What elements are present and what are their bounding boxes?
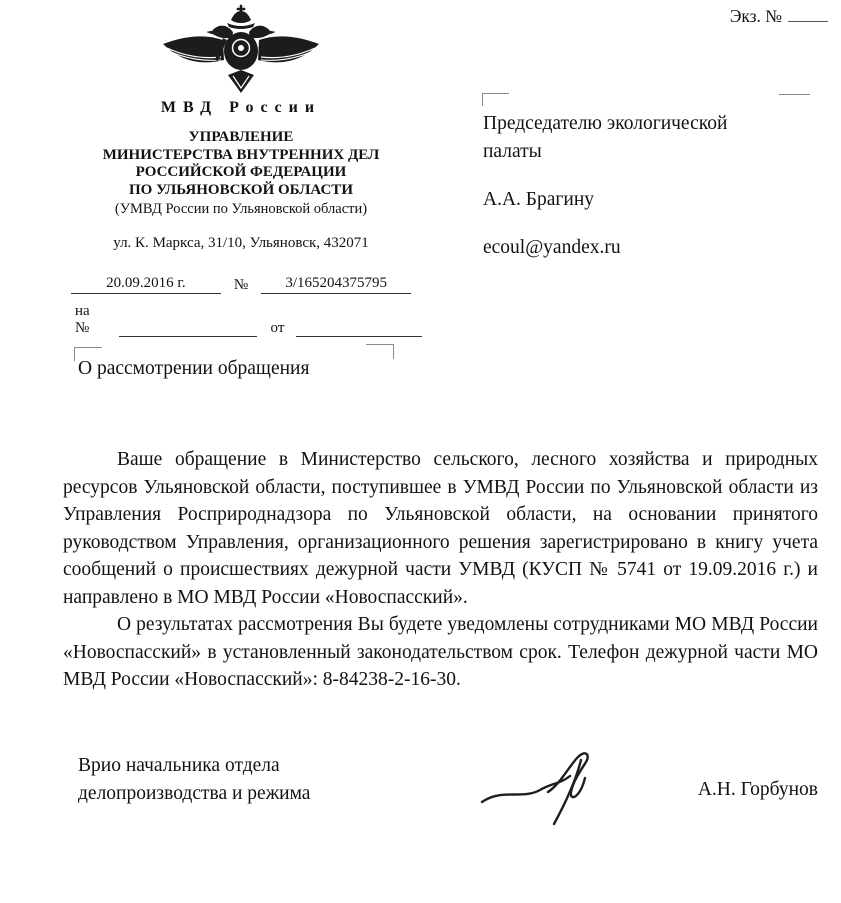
handwritten-signature (478, 744, 628, 832)
outgoing-date-number-row: 20.09.2016 г. № 3/165204375795 (60, 275, 422, 294)
org-line-4: ПО УЛЬЯНОВСКОЙ ОБЛАСТИ (60, 182, 422, 200)
scanned-letter-page: Экз. № (0, 0, 841, 903)
outgoing-number: 3/165204375795 (261, 275, 411, 294)
outgoing-date: 20.09.2016 г. (71, 275, 221, 294)
body-paragraph-1: Ваше обращение в Министерство сельского,… (63, 446, 818, 611)
ministry-name: МВД России (60, 99, 422, 117)
organization-address: ул. К. Маркса, 31/10, Ульяновск, 432071 (60, 235, 422, 252)
mvd-eagle-emblem-icon (161, 4, 321, 94)
subject-corner-mark-right (366, 344, 394, 359)
recipient-corner-mark-right (779, 94, 810, 96)
copy-number-label: Экз. № (730, 6, 782, 26)
reference-from-label: от (271, 320, 285, 337)
org-line-2: МИНИСТЕРСТВА ВНУТРЕННИХ ДЕЛ (60, 147, 422, 165)
signature-block: Врио начальника отдела делопроизводства … (78, 752, 818, 842)
recipient-corner-mark-left (482, 93, 509, 106)
signer-position-line-1: Врио начальника отдела (78, 752, 818, 780)
body-paragraph-2: О результатах рассмотрения Вы будете уве… (63, 611, 818, 694)
recipient-title-line-2: палаты (483, 138, 803, 166)
reference-number-blank (119, 323, 256, 337)
organization-short-name: (УМВД России по Ульяновской области) (60, 201, 422, 218)
organization-name: УПРАВЛЕНИЕ МИНИСТЕРСТВА ВНУТРЕННИХ ДЕЛ Р… (60, 129, 422, 199)
letter-subject: О рассмотрении обращения (78, 358, 309, 380)
letter-body: Ваше обращение в Министерство сельского,… (63, 446, 818, 694)
recipient-block: Председателю экологической палаты А.А. Б… (483, 110, 803, 259)
number-sign: № (234, 277, 248, 294)
reference-label: на № (75, 303, 107, 337)
copy-number-blank-line (788, 7, 828, 22)
reference-row: на № от (60, 303, 422, 337)
recipient-title-line-1: Председателю экологической (483, 110, 803, 138)
signer-name: А.Н. Горбунов (698, 779, 818, 801)
org-line-1: УПРАВЛЕНИЕ (60, 129, 422, 147)
recipient-name: А.А. Брагину (483, 189, 803, 211)
reference-date-blank (296, 323, 422, 337)
recipient-email: ecoul@yandex.ru (483, 237, 803, 259)
copy-number: Экз. № (730, 6, 828, 27)
org-line-3: РОССИЙСКОЙ ФЕДЕРАЦИИ (60, 164, 422, 182)
letterhead: МВД России УПРАВЛЕНИЕ МИНИСТЕРСТВА ВНУТР… (60, 4, 422, 337)
